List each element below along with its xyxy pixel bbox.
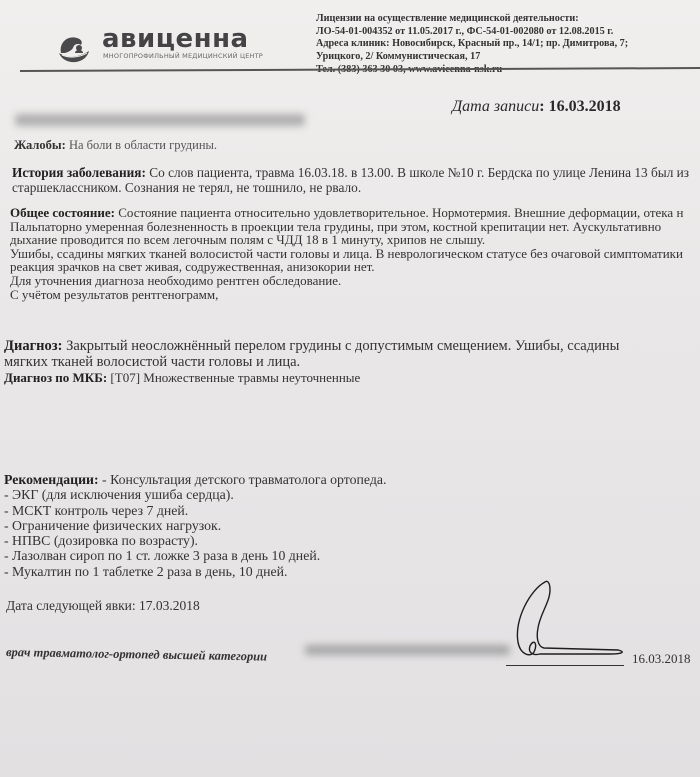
general-state-label: Общее состояние: [10,205,115,220]
general-state-line: Пальпаторно умеренная болезненность в пр… [10,220,683,234]
general-state-line: С учётом результатов рентгенограмм, [10,288,683,302]
recommendations: Рекомендации: - Консультация детского тр… [4,472,386,579]
history-line: старшеклассником. Сознания не терял, не … [12,180,689,195]
medical-history: История заболевания: Со слов пациента, т… [12,165,689,195]
complaints-text: На боли в области грудины. [66,138,217,152]
avicenna-logo-icon [57,33,91,63]
license-line: ЛО-54-01-004352 от 11.05.2017 г., ФС-54-… [316,26,628,39]
record-date: Дата записи: 16.03.2018 [452,98,621,116]
license-line: Лицензии на осуществление медицинской де… [316,13,628,26]
recommendation-item: - ЭКГ (для исключения ушиба сердца). [4,487,386,502]
diagnosis: Диагноз: Закрытый неосложнённый перелом … [4,338,619,370]
next-visit-date: 17.03.2018 [136,598,200,613]
recommendation-item: - МСКТ контроль через 7 дней. [4,503,386,518]
recommendation-item: - Мукалтин по 1 таблетке 2 раза в день, … [4,564,386,579]
general-state-line: реакция зрачков на свет живая, содружест… [10,260,683,274]
mkb-text: [T07] Множественные травмы неуточненные [107,370,360,385]
diagnosis-line: мягких тканей волосистой части головы и … [4,354,619,370]
general-state: Общее состояние: Состояние пациента отно… [10,206,683,301]
diagnosis-label: Диагноз: [4,338,62,354]
address-line: Адреса клиник: Новосибирск, Красный пр.,… [316,38,628,51]
record-date-value: 16.03.2018 [549,98,621,115]
diagnosis-line: Закрытый неосложнённый перелом грудины с… [62,338,619,354]
next-visit: Дата следующей явки: 17.03.2018 [6,598,200,613]
recommendation-item: - Ограничение физических нагрузок. [4,518,386,533]
next-visit-label: Дата следующей явки: [6,598,136,613]
general-state-line: Ушибы, ссадины мягких тканей волосистой … [10,247,683,261]
signature-date: 16.03.2018 [632,651,691,666]
recommendation-item: - НПВС (дозировка по возрасту). [4,533,386,548]
history-line: Со слов пациента, травма 16.03.18. в 13.… [146,165,689,180]
address-line: Урицкого, 2/ Коммунистическая, 17 [316,51,628,64]
general-state-line: Состояние пациента относительно удовлетв… [115,205,683,220]
brand-subtitle: МНОГОПРОФИЛЬНЫЙ МЕДИЦИНСКИЙ ЦЕНТР [103,52,263,60]
complaints-label: Жалобы: [14,138,66,152]
complaints: Жалобы: На боли в области грудины. [14,138,217,153]
doctor-title: врач травматолог-ортопед высшей категори… [6,645,267,665]
recommendations-label: Рекомендации: [4,472,99,487]
patient-name-redacted [15,114,305,126]
recommendation-item: - Консультация детского травматолога орт… [99,472,387,487]
contact-line: Тел. (383) 363 30 03, www.avicenna-nsk.r… [316,64,628,77]
history-label: История заболевания: [12,165,146,180]
mkb-label: Диагноз по МКБ: [4,370,107,385]
handwritten-signature-icon [500,580,630,670]
record-date-label: Дата записи [452,98,539,115]
recommendation-item: - Лазолван сироп по 1 ст. ложке 3 раза в… [4,548,386,563]
general-state-line: дыхание проводится по всем легочным поля… [10,233,683,247]
doctor-name-redacted [305,645,510,655]
general-state-line: Для уточнения диагноза необходимо рентге… [10,274,683,288]
brand-name: авиценна [102,24,249,54]
mkb-diagnosis: Диагноз по МКБ: [T07] Множественные трав… [4,370,360,385]
